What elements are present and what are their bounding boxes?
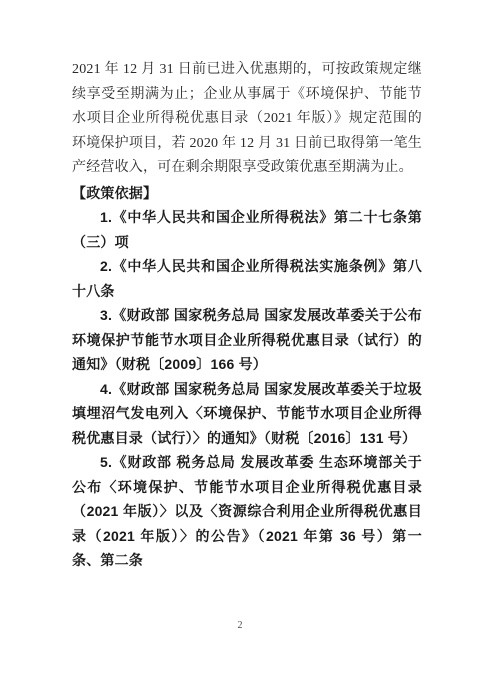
policy-item-1: 1.《中华人民共和国企业所得税法》第二十七条第（三）项	[72, 205, 422, 254]
page-number: 2	[0, 620, 480, 631]
intro-paragraph: 2021 年 12 月 31 日前已进入优惠期的，可按政策规定继续享受至期满为止…	[72, 58, 422, 181]
document-body: 2021 年 12 月 31 日前已进入优惠期的，可按政策规定继续享受至期满为止…	[72, 58, 422, 573]
policy-item-3: 3.《财政部 国家税务总局 国家发展改革委关于公布环境保护节能节水项目企业所得税…	[72, 303, 422, 377]
section-heading-policy-basis: 【政策依据】	[72, 181, 422, 206]
policy-item-4: 4.《财政部 国家税务总局 国家发展改革委关于垃圾填埋沼气发电列入〈环境保护、节…	[72, 377, 422, 451]
policy-item-5: 5.《财政部 税务总局 发展改革委 生态环境部关于公布〈环境保护、节能节水项目企…	[72, 450, 422, 573]
policy-item-2: 2.《中华人民共和国企业所得税法实施条例》第八十八条	[72, 254, 422, 303]
document-page: 2021 年 12 月 31 日前已进入优惠期的，可按政策规定继续享受至期满为止…	[0, 0, 480, 678]
